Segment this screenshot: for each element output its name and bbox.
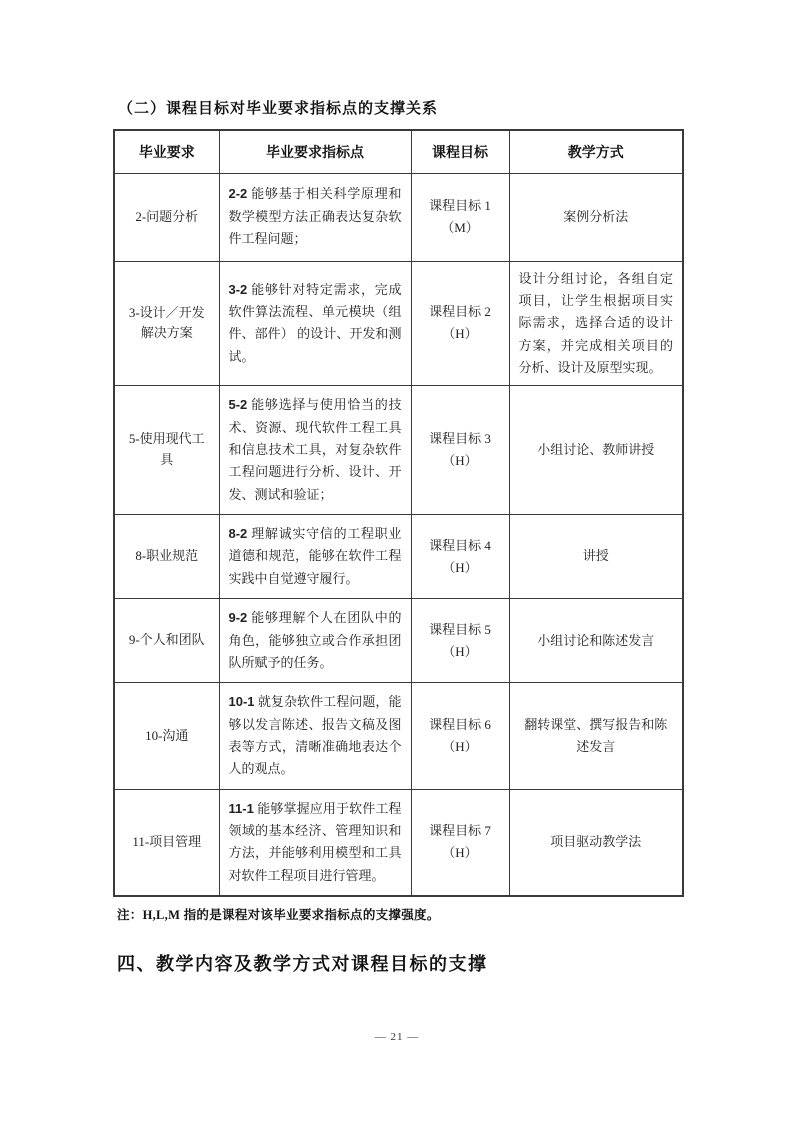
course-objective-cell: 课程目标 4（H） [411, 515, 509, 599]
course-objective-label: 课程目标 7 [414, 820, 507, 842]
graduation-requirement-cell: 10-沟通 [114, 683, 219, 789]
table-row: 2-问题分析2-2 能够基于相关科学原理和数学模型方法正确表达复杂软件工程问题；… [114, 173, 683, 261]
graduation-requirement-cell: 2-问题分析 [114, 173, 219, 261]
requirement-indicator-cell: 11-1 能够掌握应用于软件工程领域的基本经济、管理知识和方法，并能够利用模型和… [219, 789, 411, 896]
support-strength-label: （H） [414, 736, 507, 758]
course-objective-label: 课程目标 2 [414, 301, 507, 323]
support-strength-label: （H） [414, 450, 507, 472]
course-objective-label: 课程目标 1 [414, 195, 507, 217]
requirement-indicator-cell: 2-2 能够基于相关科学原理和数学模型方法正确表达复杂软件工程问题； [219, 173, 411, 261]
teaching-method-cell: 翻转课堂、撰写报告和陈述发言 [509, 683, 683, 789]
teaching-method-cell: 项目驱动教学法 [509, 789, 683, 896]
teaching-method-cell: 案例分析法 [509, 173, 683, 261]
graduation-requirement-cell: 5-使用现代工具 [114, 386, 219, 515]
support-strength-label: （M） [414, 217, 507, 239]
next-section-title: 四、教学内容及教学方式对课程目标的支撑 [117, 950, 683, 976]
teaching-method-cell: 设计分组讨论，各组自定项目，让学生根据项目实际需求，选择合适的设计方案，并完成相… [509, 261, 683, 386]
table-row: 10-沟通10-1 就复杂软件工程问题，能够以发言陈述、报告文稿及图表等方式，清… [114, 683, 683, 789]
support-strength-label: （H） [414, 557, 507, 579]
teaching-method-cell: 小组讨论和陈述发言 [509, 599, 683, 683]
course-objective-label: 课程目标 5 [414, 619, 507, 641]
requirement-indicator-cell: 10-1 就复杂软件工程问题，能够以发言陈述、报告文稿及图表等方式，清晰准确地表… [219, 683, 411, 789]
requirement-indicator-cell: 9-2 能够理解个人在团队中的角色，能够独立或合作承担团队所赋予的任务。 [219, 599, 411, 683]
graduation-requirement-cell: 3-设计／开发解决方案 [114, 261, 219, 386]
header-teaching-method: 教学方式 [509, 130, 683, 173]
support-strength-label: （H） [414, 641, 507, 663]
requirement-indicator-cell: 8-2 理解诚实守信的工程职业道德和规范，能够在软件工程实践中自觉遵守履行。 [219, 515, 411, 599]
indicator-code: 10-1 [229, 694, 255, 709]
course-objective-cell: 课程目标 1（M） [411, 173, 509, 261]
graduation-requirement-cell: 11-项目管理 [114, 789, 219, 896]
header-requirement-indicator: 毕业要求指标点 [219, 130, 411, 173]
support-strength-label: （H） [414, 323, 507, 345]
teaching-method-cell: 讲授 [509, 515, 683, 599]
support-strength-label: （H） [414, 842, 507, 864]
support-relationship-table: 毕业要求 毕业要求指标点 课程目标 教学方式 2-问题分析2-2 能够基于相关科… [113, 129, 684, 897]
page-number: — 21 — [0, 1031, 794, 1043]
requirement-indicator-cell: 3-2 能够针对特定需求，完成软件算法流程、单元模块（组件、部件） 的设计、开发… [219, 261, 411, 386]
indicator-code: 11-1 [229, 801, 254, 816]
graduation-requirement-cell: 8-职业规范 [114, 515, 219, 599]
course-objective-label: 课程目标 3 [414, 428, 507, 450]
table-header-row: 毕业要求 毕业要求指标点 课程目标 教学方式 [114, 130, 683, 173]
table-row: 9-个人和团队9-2 能够理解个人在团队中的角色，能够独立或合作承担团队所赋予的… [114, 599, 683, 683]
course-objective-cell: 课程目标 5（H） [411, 599, 509, 683]
indicator-code: 3-2 [229, 282, 248, 297]
header-graduation-requirement: 毕业要求 [114, 130, 219, 173]
course-objective-cell: 课程目标 2（H） [411, 261, 509, 386]
table-body: 2-问题分析2-2 能够基于相关科学原理和数学模型方法正确表达复杂软件工程问题；… [114, 173, 683, 896]
table-row: 8-职业规范8-2 理解诚实守信的工程职业道德和规范，能够在软件工程实践中自觉遵… [114, 515, 683, 599]
course-objective-cell: 课程目标 6（H） [411, 683, 509, 789]
table-row: 11-项目管理11-1 能够掌握应用于软件工程领域的基本经济、管理知识和方法，并… [114, 789, 683, 896]
indicator-code: 9-2 [229, 610, 248, 625]
course-objective-label: 课程目标 6 [414, 714, 507, 736]
course-objective-cell: 课程目标 7（H） [411, 789, 509, 896]
section-title: （二）课程目标对毕业要求指标点的支撑关系 [118, 97, 683, 118]
indicator-code: 2-2 [229, 186, 248, 201]
course-objective-label: 课程目标 4 [414, 535, 507, 557]
page-content: （二）课程目标对毕业要求指标点的支撑关系 毕业要求 毕业要求指标点 课程目标 教… [113, 97, 683, 976]
course-objective-cell: 课程目标 3（H） [411, 386, 509, 515]
document-page: （二）课程目标对毕业要求指标点的支撑关系 毕业要求 毕业要求指标点 课程目标 教… [0, 0, 794, 1123]
support-strength-note: 注：H,L,M 指的是课程对该毕业要求指标点的支撑强度。 [117, 905, 683, 923]
table-row: 3-设计／开发解决方案3-2 能够针对特定需求，完成软件算法流程、单元模块（组件… [114, 261, 683, 386]
graduation-requirement-cell: 9-个人和团队 [114, 599, 219, 683]
header-course-objective: 课程目标 [411, 130, 509, 173]
teaching-method-cell: 小组讨论、教师讲授 [509, 386, 683, 515]
requirement-indicator-cell: 5-2 能够选择与使用恰当的技术、资源、现代软件工程工具和信息技术工具，对复杂软… [219, 386, 411, 515]
indicator-code: 5-2 [229, 397, 248, 412]
table-row: 5-使用现代工具5-2 能够选择与使用恰当的技术、资源、现代软件工程工具和信息技… [114, 386, 683, 515]
indicator-code: 8-2 [229, 526, 248, 541]
